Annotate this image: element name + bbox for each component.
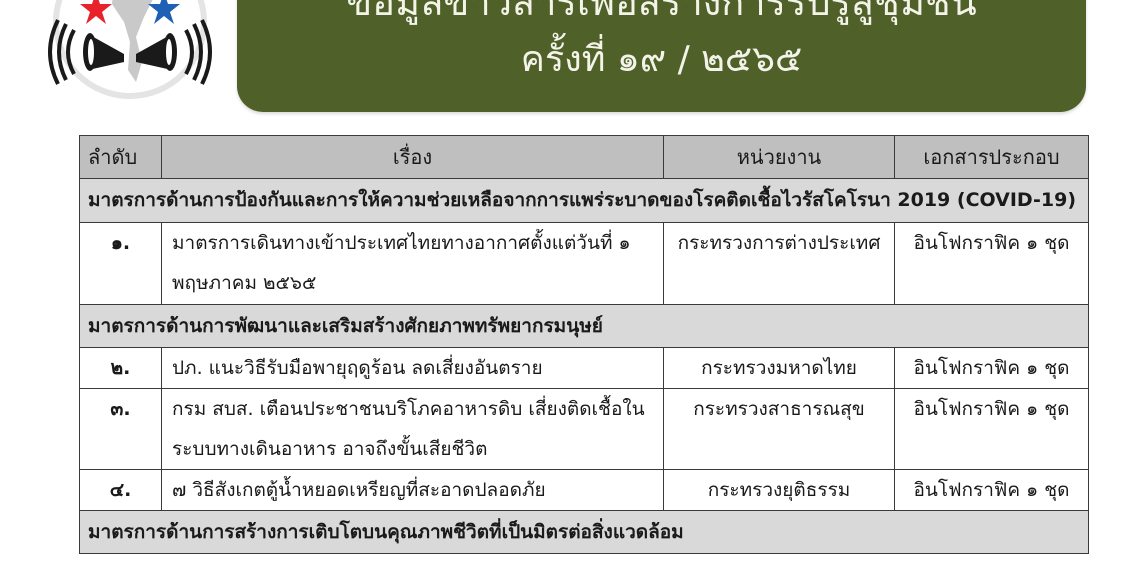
- row-agency: กระทรวงสาธารณสุข: [664, 389, 895, 470]
- table-header-row: ลำดับ เรื่อง หน่วยงาน เอกสารประกอบ: [80, 136, 1089, 179]
- row-number: ๓.: [80, 389, 162, 470]
- column-header-order: ลำดับ: [80, 136, 162, 179]
- row-agency: กระทรวงมหาดไทย: [664, 348, 895, 389]
- row-topic: กรม สบส. เตือนประชาชนบริโภคอาหารดิบ เสี่…: [162, 389, 664, 470]
- table-row: ๓. กรม สบส. เตือนประชาชนบริโภคอาหารดิบ เ…: [80, 389, 1089, 470]
- row-document: อินโฟกราฟิค ๑ ชุด: [895, 389, 1089, 470]
- table-row: ๒. ปภ. แนะวิธีรับมือพายุฤดูร้อน ลดเสี่ยง…: [80, 348, 1089, 389]
- section-title: มาตรการด้านการป้องกันและการให้ความช่วยเห…: [80, 179, 1089, 223]
- row-topic: ปภ. แนะวิธีรับมือพายุฤดูร้อน ลดเสี่ยงอัน…: [162, 348, 664, 389]
- column-header-document: เอกสารประกอบ: [895, 136, 1089, 179]
- title-banner: ข้อมูลข่าวสารเพื่อสร้างการรับรู้สู่ชุมชน…: [237, 0, 1086, 112]
- megaphone-logo-icon: [44, 0, 216, 102]
- row-number: ๑.: [80, 223, 162, 305]
- table-row: ๔. ๗ วิธีสังเกตตู้น้ำหยอดเหรียญที่สะอาดป…: [80, 470, 1089, 511]
- row-number: ๒.: [80, 348, 162, 389]
- column-header-topic: เรื่อง: [162, 136, 664, 179]
- table-row: ๑. มาตรการเดินทางเข้าประเทศไทยทางอากาศตั…: [80, 223, 1089, 305]
- row-document: อินโฟกราฟิค ๑ ชุด: [895, 223, 1089, 305]
- banner-title-line1: ข้อมูลข่าวสารเพื่อสร้างการรับรู้สู่ชุมชน: [237, 0, 1086, 22]
- row-topic: ๗ วิธีสังเกตตู้น้ำหยอดเหรียญที่สะอาดปลอด…: [162, 470, 664, 511]
- banner-title-line2: ครั้งที่ ๑๙ / ๒๕๖๕: [237, 38, 1086, 82]
- row-agency: กระทรวงการต่างประเทศ: [664, 223, 895, 305]
- section-title: มาตรการด้านการพัฒนาและเสริมสร้างศักยภาพท…: [80, 305, 1089, 348]
- section-row: มาตรการด้านการพัฒนาและเสริมสร้างศักยภาพท…: [80, 305, 1089, 348]
- section-row: มาตรการด้านการป้องกันและการให้ความช่วยเห…: [80, 179, 1089, 223]
- row-agency: กระทรวงยุติธรรม: [664, 470, 895, 511]
- row-number: ๔.: [80, 470, 162, 511]
- section-row: มาตรการด้านการสร้างการเติบโตบนคุณภาพชีวิ…: [80, 511, 1089, 554]
- section-title: มาตรการด้านการสร้างการเติบโตบนคุณภาพชีวิ…: [80, 511, 1089, 554]
- row-document: อินโฟกราฟิค ๑ ชุด: [895, 470, 1089, 511]
- row-topic: มาตรการเดินทางเข้าประเทศไทยทางอากาศตั้งแ…: [162, 223, 664, 305]
- column-header-agency: หน่วยงาน: [664, 136, 895, 179]
- row-document: อินโฟกราฟิค ๑ ชุด: [895, 348, 1089, 389]
- news-table: ลำดับ เรื่อง หน่วยงาน เอกสารประกอบ มาตรก…: [79, 135, 1089, 554]
